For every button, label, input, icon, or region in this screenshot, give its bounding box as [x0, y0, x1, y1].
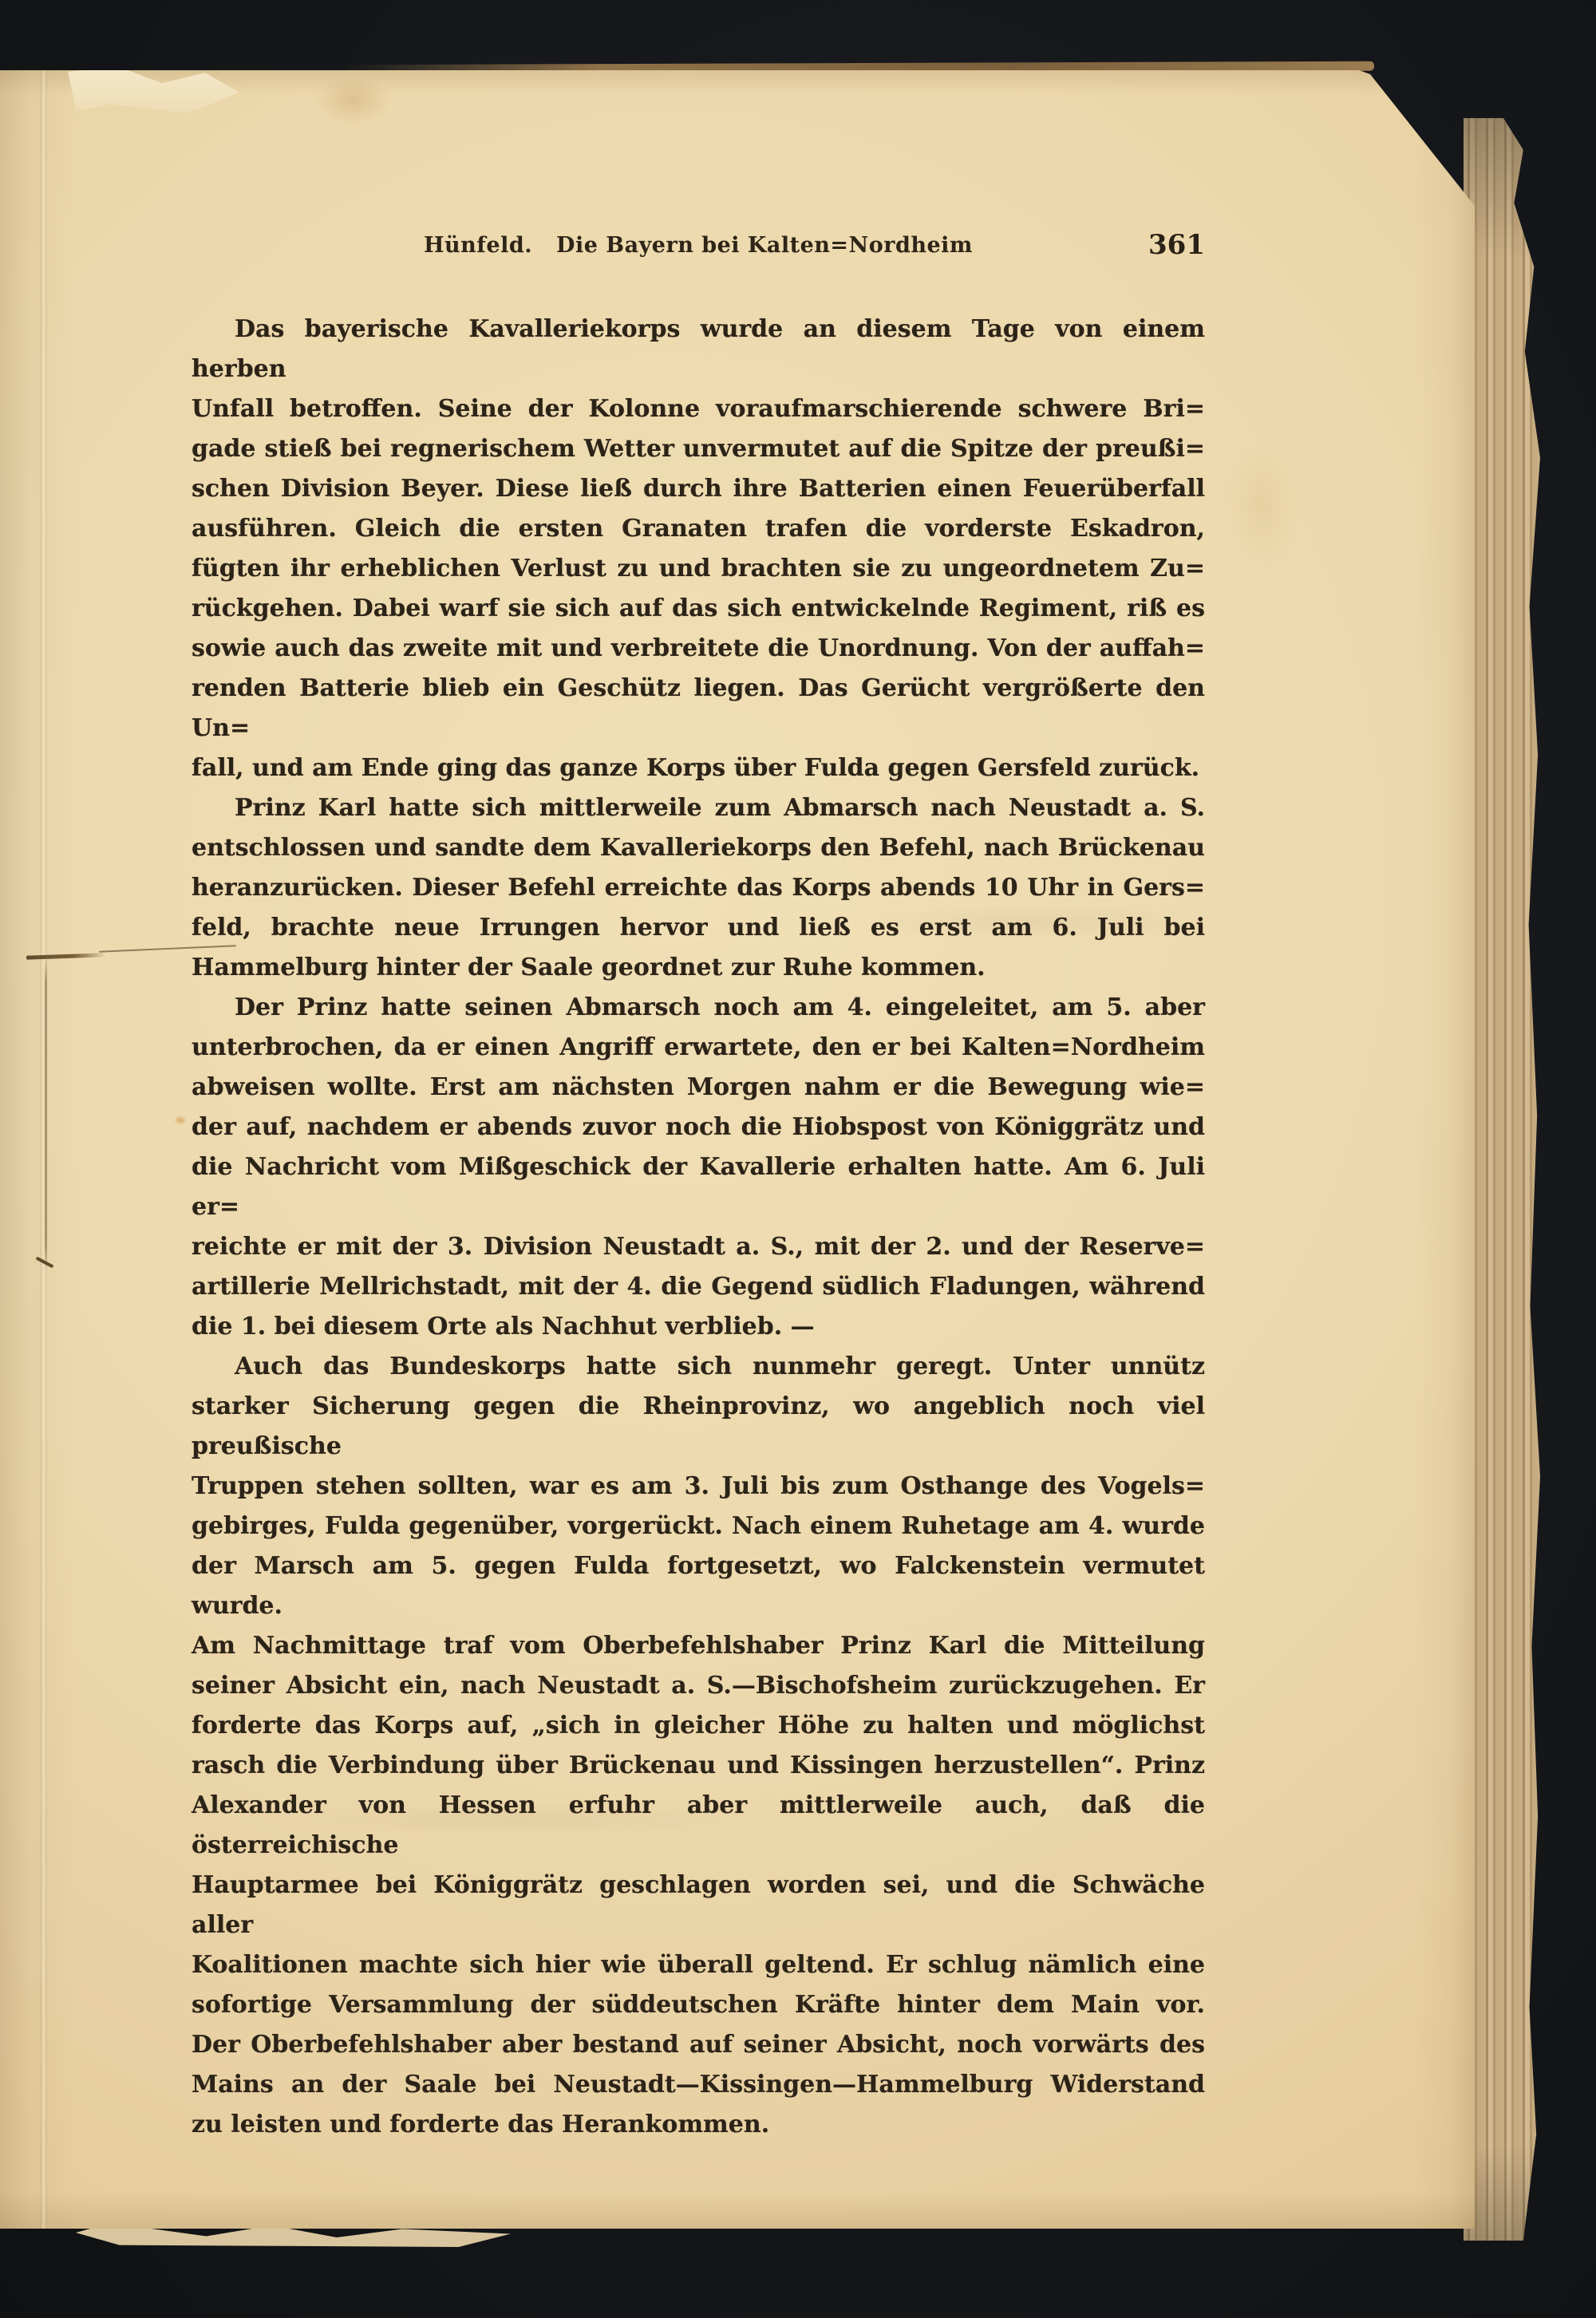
text-line: die Nachricht vom Mißgeschick der Kavall…	[192, 1147, 1205, 1227]
text-line: Koalitionen machte sich hier wie überall…	[192, 1945, 1205, 1985]
text-line: reichte er mit der 3. Division Neustadt …	[192, 1227, 1205, 1267]
body-text: Das bayerische Kavalleriekorps wurde an …	[192, 310, 1205, 2145]
text-line: seiner Absicht ein, nach Neustadt a. S.—…	[192, 1666, 1205, 1706]
foxing-stain	[1229, 445, 1297, 565]
text-line: Auch das Bundeskorps hatte sich nunmehr …	[192, 1347, 1205, 1387]
text-line: feld, brachte neue Irrungen hervor und l…	[192, 908, 1205, 948]
book-page: Hünfeld. Die Bayern bei Kalten=Nordheim …	[0, 70, 1475, 2229]
text-line: Unfall betroffen. Seine der Kolonne vora…	[192, 389, 1205, 429]
text-line: starker Sicherung gegen die Rheinprovinz…	[192, 1387, 1205, 1467]
text-line: renden Batterie blieb ein Geschütz liege…	[192, 669, 1205, 748]
text-line: Das bayerische Kavalleriekorps wurde an …	[192, 310, 1205, 389]
paragraph-1: Das bayerische Kavalleriekorps wurde an …	[192, 310, 1205, 788]
text-line: Am Nachmittage traf vom Oberbefehlshaber…	[192, 1626, 1205, 1666]
text-line: Der Oberbefehlshaber aber bestand auf se…	[192, 2025, 1205, 2065]
text-line: zu leisten und forderte das Herankommen.	[192, 2105, 1205, 2145]
text-line: fall, und am Ende ging das ganze Korps ü…	[192, 748, 1205, 788]
text-line: unterbrochen, da er einen Angriff erwart…	[192, 1028, 1205, 1068]
text-line: artillerie Mellrichstadt, mit der 4. die…	[192, 1267, 1205, 1307]
text-line: Truppen stehen sollten, war es am 3. Jul…	[192, 1467, 1205, 1507]
running-title-place: Hünfeld.	[424, 233, 532, 258]
text-line: Hauptarmee bei Königgrätz geschlagen wor…	[192, 1866, 1205, 1945]
text-line: Alexander von Hessen erfuhr aber mittler…	[192, 1786, 1205, 1866]
text-line: Prinz Karl hatte sich mittlerweile zum A…	[192, 788, 1205, 828]
foxing-stain	[315, 75, 391, 124]
text-line: ausführen. Gleich die ersten Granaten tr…	[192, 509, 1205, 549]
running-title-chapter: Die Bayern bei Kalten=Nordheim	[556, 233, 973, 258]
text-line: sofortige Versammlung der süddeutschen K…	[192, 1985, 1205, 2025]
text-line: gade stieß bei regnerischem Wetter unver…	[192, 429, 1205, 469]
text-line: Mains an der Saale bei Neustadt—Kissinge…	[192, 2065, 1205, 2105]
text-line: abweisen wollte. Erst am nächsten Morgen…	[192, 1068, 1205, 1108]
underlying-page-edges	[1464, 118, 1540, 2241]
text-line: fügten ihr erheblichen Verlust zu und br…	[192, 549, 1205, 589]
text-line: schen Division Beyer. Diese ließ durch i…	[192, 469, 1205, 509]
text-line: rasch die Verbindung über Brückenau und …	[192, 1746, 1205, 1786]
text-line: forderte das Korps auf, „sich in gleiche…	[192, 1706, 1205, 1746]
text-line: Der Prinz hatte seinen Abmarsch noch am …	[192, 988, 1205, 1028]
running-title: Hünfeld. Die Bayern bei Kalten=Nordheim	[192, 233, 1205, 258]
margin-mark-dash	[26, 953, 106, 959]
text-line: die 1. bei diesem Orte als Nachhut verbl…	[192, 1307, 1205, 1347]
margin-crease-line	[45, 958, 47, 1270]
page-number: 361	[1148, 229, 1205, 261]
top-edge-tear	[68, 67, 239, 113]
scanned-book-photo: Hünfeld. Die Bayern bei Kalten=Nordheim …	[0, 0, 1596, 2318]
text-line: gebirges, Fulda gegenüber, vorgerückt. N…	[192, 1507, 1205, 1546]
paragraph-4: Auch das Bundeskorps hatte sich nunmehr …	[192, 1347, 1205, 2145]
text-line: sowie auch das zweite mit und verbreitet…	[192, 629, 1205, 669]
foxing-stain	[174, 1116, 187, 1125]
text-line: entschlossen und sandte dem Kavallerieko…	[192, 828, 1205, 868]
text-line: der auf, nachdem er abends zuvor noch di…	[192, 1108, 1205, 1147]
text-line: rückgehen. Dabei warf sie sich auf das s…	[192, 589, 1205, 629]
text-line: der Marsch am 5. gegen Fulda fortgesetzt…	[192, 1546, 1205, 1626]
paragraph-3: Der Prinz hatte seinen Abmarsch noch am …	[192, 988, 1205, 1347]
page-header: Hünfeld. Die Bayern bei Kalten=Nordheim …	[192, 233, 1205, 270]
paragraph-2: Prinz Karl hatte sich mittlerweile zum A…	[192, 788, 1205, 988]
text-line: Hammelburg hinter der Saale geordnet zur…	[192, 948, 1205, 988]
text-line: heranzurücken. Dieser Befehl erreichte d…	[192, 868, 1205, 908]
